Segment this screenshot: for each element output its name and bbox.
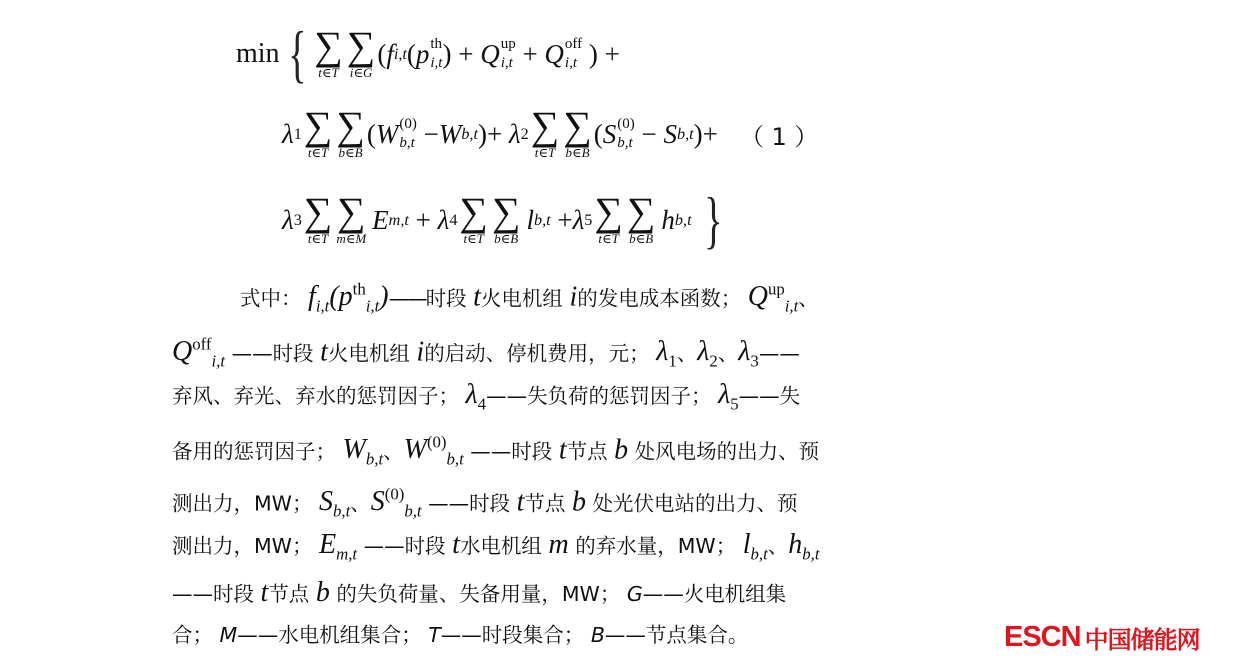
left-brace: { xyxy=(288,22,306,86)
sum-t: ∑t∈T xyxy=(531,108,560,160)
sum-b: ∑b∈B xyxy=(627,194,656,246)
sum-t: ∑t∈T xyxy=(314,28,343,80)
desc-line-1: 式中： fi,t(pthi,t)——时段 t火电机组 i的发电成本函数； Qup… xyxy=(240,280,1000,317)
sum-b: ∑b∈B xyxy=(563,108,592,160)
sum-t: ∑t∈T xyxy=(459,194,488,246)
equation-line-2: λ1 ∑t∈T ∑b∈B (W (0)b,t −Wb,t )+ λ2 ∑t∈T … xyxy=(282,108,818,160)
sum-b: ∑b∈B xyxy=(336,108,365,160)
sum-b: ∑b∈B xyxy=(492,194,521,246)
desc-line-5: 测出力，MW； Sb,t、S(0)b,t ——时段 t节点 b 处光伏电站的出力… xyxy=(172,485,932,522)
min-operator: min xyxy=(236,38,280,70)
equation-number: （ 1 ） xyxy=(740,117,819,152)
desc-line-4: 备用的惩罚因子； Wb,t、W(0)b,t ——时段 t节点 b 处风电场的出力… xyxy=(172,433,932,470)
equation-line-3: λ3 ∑t∈T ∑m∈M Em,t + λ4 ∑t∈T ∑b∈B lb,t + … xyxy=(282,188,728,252)
sum-i: ∑i∈G xyxy=(347,28,376,80)
desc-line-2: Qoffi,t ——时段 t火电机组 i的启动、停机费用，元； λ1、λ2、λ3… xyxy=(172,335,932,372)
sum-t: ∑t∈T xyxy=(304,108,333,160)
desc-line-3: 弃风、弃光、弃水的惩罚因子； λ4——失负荷的惩罚因子； λ5——失 xyxy=(172,385,932,415)
desc-line-8: 合； M——水电机组集合； T——时段集合； B——节点集合。 xyxy=(172,625,932,645)
sum-m: ∑m∈M xyxy=(336,194,366,246)
escn-watermark-logo: ESCN 中国储能网 xyxy=(1004,620,1200,655)
desc-line-7: ——时段 t节点 b 的失负荷量、失备用量，MW； G——火电机组集 xyxy=(172,583,932,604)
equation-line-1: min { ∑t∈T ∑i∈G (fi,t (p thi,t ) + Q upi… xyxy=(236,22,620,86)
desc-line-6: 测出力，MW； Em,t ——时段 t水电机组 m 的弃水量，MW； lb,t、… xyxy=(172,535,932,565)
logo-cn: 中国储能网 xyxy=(1085,620,1200,655)
right-brace: } xyxy=(704,188,722,252)
sum-t: ∑t∈T xyxy=(304,194,333,246)
sum-t: ∑t∈T xyxy=(594,194,623,246)
logo-en: ESCN xyxy=(1004,621,1081,654)
